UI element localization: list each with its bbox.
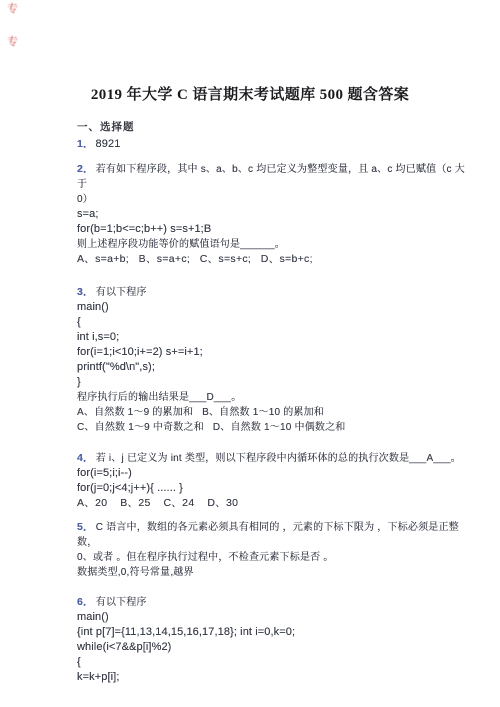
question-line: 程序执行后的输出结果是___D___。 xyxy=(77,390,467,405)
question-line: A、自然数 1～9 的累加和 B、自然数 1～10 的累加和 xyxy=(77,405,467,420)
question-text: for(j=0;j<4;j++){ ...... } xyxy=(77,482,183,494)
question-text: A、s=a+b; B、s=a+c; C、s=s+c; D、s=b+c; xyxy=(77,253,313,265)
question-line: {int p[7]={11,13,14,15,16,17,18}; int i=… xyxy=(77,625,467,640)
question-text: for(b=1;b<=c;b++) s=s+1;B xyxy=(77,223,211,235)
question-line: A、s=a+b; B、s=a+c; C、s=s+c; D、s=b+c; xyxy=(77,252,467,267)
question-text: main() xyxy=(77,611,109,623)
question-line: main() xyxy=(77,300,467,315)
question-block: 6．有以下程序main(){int p[7]={11,13,14,15,16,1… xyxy=(77,595,467,685)
page-title: 2019 年大学 C 语言期末考试题库 500 题含答案 xyxy=(0,83,500,104)
question-text: {int p[7]={11,13,14,15,16,17,18}; int i=… xyxy=(77,626,295,638)
question-text: 0） xyxy=(77,194,93,205)
question-text: { xyxy=(77,316,81,328)
question-first-line: 4．若 i、j 已定义为 int 类型，则以下程序段中内循环体的总的执行次数是_… xyxy=(77,451,467,466)
question-line: int i,s=0; xyxy=(77,330,467,345)
question-text: A、20 B、25 C、24 D、30 xyxy=(77,497,238,509)
document-body: 一、选择题 1．89212．若有如下程序段，其中 s、a、b、c 均已定义为整型… xyxy=(77,120,467,699)
question-text: s=a; xyxy=(77,208,99,220)
question-line: for(j=0;j<4;j++){ ...... } xyxy=(77,481,467,496)
question-text: 程序执行后的输出结果是___D___。 xyxy=(77,392,241,403)
question-list: 1．89212．若有如下程序段，其中 s、a、b、c 均已定义为整型变量，且 a… xyxy=(77,137,467,685)
question-line: printf("%d\n",s); xyxy=(77,360,467,375)
question-line: while(i<7&&p[i]%2) xyxy=(77,640,467,655)
question-number: 3． xyxy=(77,286,94,298)
question-first-line: 3．有以下程序 xyxy=(77,285,467,300)
question-line: C、自然数 1～9 中奇数之和 D、自然数 1～10 中偶数之和 xyxy=(77,420,467,435)
section-heading: 一、选择题 xyxy=(77,120,467,135)
question-line: { xyxy=(77,655,467,670)
question-number: 2． xyxy=(77,163,94,175)
question-text: A、自然数 1～9 的累加和 B、自然数 1～10 的累加和 xyxy=(77,407,324,418)
question-text: 有以下程序 xyxy=(96,597,147,608)
question-text: 若有如下程序段，其中 s、a、b、c 均已定义为整型变量，且 a、c 均已赋值（… xyxy=(77,164,465,190)
question-line: for(i=5;i;i--) xyxy=(77,466,467,481)
question-line: k=k+p[i]; xyxy=(77,670,467,685)
question-first-line: 6．有以下程序 xyxy=(77,595,467,610)
question-number: 4． xyxy=(77,452,94,464)
question-line: main() xyxy=(77,610,467,625)
question-line: 0、或者 。但在程序执行过程中，不检查元素下标是否 。 xyxy=(77,550,467,565)
question-text: { xyxy=(77,656,81,668)
question-text: printf("%d\n",s); xyxy=(77,361,155,373)
question-line: } xyxy=(77,375,467,390)
question-line: for(i=1;i<10;i+=2) s+=i+1; xyxy=(77,345,467,360)
question-block: 1．8921 xyxy=(77,137,467,152)
question-text: 8921 xyxy=(96,138,121,150)
question-text: k=k+p[i]; xyxy=(77,671,119,683)
question-text: for(i=1;i<10;i+=2) s+=i+1; xyxy=(77,346,203,358)
question-line: s=a; xyxy=(77,207,467,222)
question-text: main() xyxy=(77,301,109,313)
question-text: for(i=5;i;i--) xyxy=(77,467,132,479)
question-first-line: 2．若有如下程序段，其中 s、a、b、c 均已定义为整型变量，且 a、c 均已赋… xyxy=(77,162,467,192)
question-block: 5．C 语言中，数组的各元素必须具有相同的 ，元素的下标下限为 ，下标必须是正整… xyxy=(77,520,467,580)
question-line: A、20 B、25 C、24 D、30 xyxy=(77,496,467,511)
question-number: 5． xyxy=(77,521,94,533)
question-number: 6． xyxy=(77,596,94,608)
question-text: 有以下程序 xyxy=(96,287,147,298)
question-line: { xyxy=(77,315,467,330)
question-text: 则上述程序段功能等价的赋值语句是______。 xyxy=(77,239,285,250)
question-text: 数据类型,0,符号常量,越界 xyxy=(77,567,194,578)
question-text: 若 i、j 已定义为 int 类型，则以下程序段中内循环体的总的执行次数是___… xyxy=(96,453,461,464)
question-line: for(b=1;b<=c;b++) s=s+1;B xyxy=(77,222,467,237)
question-line: 则上述程序段功能等价的赋值语句是______。 xyxy=(77,237,467,252)
question-text: C、自然数 1～9 中奇数之和 D、自然数 1～10 中偶数之和 xyxy=(77,422,346,433)
red-stamp-mark-icon: 专 xyxy=(7,4,18,15)
question-number: 1． xyxy=(77,138,94,150)
question-first-line: 1．8921 xyxy=(77,137,467,152)
question-line: 数据类型,0,符号常量,越界 xyxy=(77,565,467,580)
question-block: 4．若 i、j 已定义为 int 类型，则以下程序段中内循环体的总的执行次数是_… xyxy=(77,451,467,511)
red-stamp-mark-icon: 专 xyxy=(7,37,18,48)
question-text: C 语言中，数组的各元素必须具有相同的 ，元素的下标下限为 ，下标必须是正整数， xyxy=(77,522,459,548)
question-first-line: 5．C 语言中，数组的各元素必须具有相同的 ，元素的下标下限为 ，下标必须是正整… xyxy=(77,520,467,550)
question-text: 0、或者 。但在程序执行过程中，不检查元素下标是否 。 xyxy=(77,552,334,563)
question-line: 0） xyxy=(77,192,467,207)
document-page: 专 专 2019 年大学 C 语言期末考试题库 500 题含答案 一、选择题 1… xyxy=(0,0,500,707)
question-text: int i,s=0; xyxy=(77,331,119,343)
question-text: } xyxy=(77,376,81,388)
question-text: while(i<7&&p[i]%2) xyxy=(77,641,171,653)
question-block: 3．有以下程序main(){int i,s=0;for(i=1;i<10;i+=… xyxy=(77,285,467,435)
question-block: 2．若有如下程序段，其中 s、a、b、c 均已定义为整型变量，且 a、c 均已赋… xyxy=(77,162,467,267)
